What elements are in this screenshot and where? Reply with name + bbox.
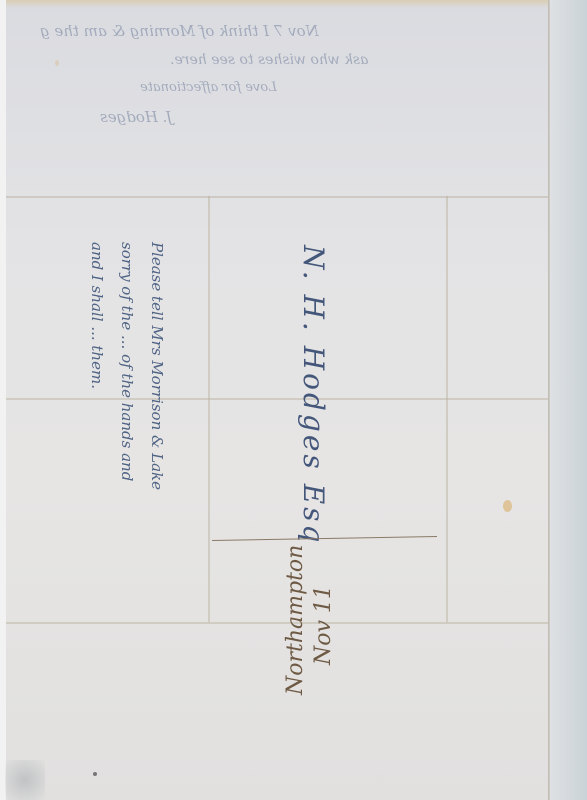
bleed-through-line-2: ask who wishes to see here. (170, 52, 368, 68)
ink-dot (93, 772, 97, 776)
bleed-through-line-1: Nov 7 I think of Morning & am the g (40, 22, 319, 40)
fold-line-horizontal-bottom (6, 622, 548, 624)
side-note-line-1: Please tell Mrs Morrison & Lake (142, 242, 172, 490)
bleed-through-signature: J. Hodges (100, 108, 172, 126)
folded-edge-strip (548, 0, 587, 800)
bleed-through-line-3: Love for affectionate (140, 80, 277, 95)
fold-line-vertical-right (446, 196, 448, 622)
fold-line-vertical-edge (548, 0, 550, 800)
top-edge-discoloration (6, 0, 548, 8)
addressee-name: N. H. Hodges Esq (297, 245, 330, 545)
side-note-line-2: sorry of the ... of the hands and (112, 242, 142, 490)
foxing-spot (55, 60, 59, 66)
docket-note: Northampton Nov 11 (282, 545, 338, 695)
foxing-stain (503, 500, 512, 512)
fold-line-vertical-left (208, 196, 210, 622)
corner-smudge (5, 760, 45, 800)
side-note: Please tell Mrs Morrison & Lake sorry of… (82, 242, 172, 490)
docket-date: Nov 11 (310, 545, 338, 695)
fold-line-horizontal-top (6, 196, 548, 198)
side-note-line-3: and I shall ... them. (82, 242, 112, 490)
docket-place: Northampton (282, 545, 310, 695)
